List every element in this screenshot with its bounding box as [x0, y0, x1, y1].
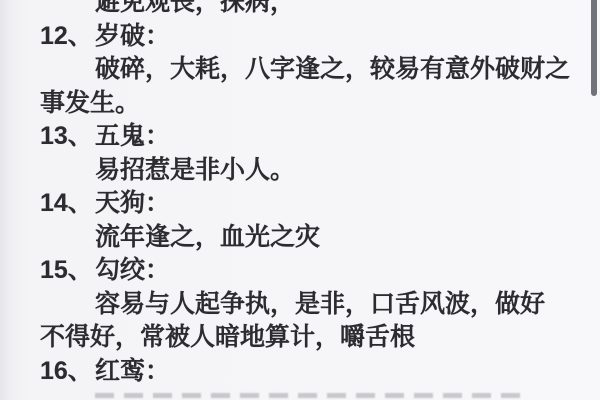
item-term: 天狗：	[95, 187, 170, 221]
item-number: 12、	[40, 20, 95, 54]
item-term: 五鬼：	[95, 120, 170, 154]
list-item-line: 13、五鬼：	[0, 120, 600, 154]
text-line: 事发生。	[0, 87, 600, 121]
item-term: 红鸾：	[95, 355, 170, 389]
text-content: 避免观丧，探病，12、岁破：破碎，大耗，八字逢之，较易有意外破财之事发生。13、…	[0, 0, 600, 388]
list-item-line: 14、天狗：	[0, 187, 600, 221]
scrollbar-thumb[interactable]	[591, 0, 597, 96]
document-page: 避免观丧，探病，12、岁破：破碎，大耗，八字逢之，较易有意外破财之事发生。13、…	[0, 0, 600, 400]
item-number: 14、	[40, 187, 95, 221]
cutoff-text-fragments	[95, 393, 520, 398]
item-number: 13、	[40, 120, 95, 154]
item-number: 16、	[40, 355, 95, 389]
text-line: 不得好，常被人暗地算计，嚼舌根	[0, 321, 600, 355]
list-item-line: 16、红鸾：	[0, 355, 600, 389]
list-item-line: 15、勾绞：	[0, 254, 600, 288]
text-line: 流年逢之，血光之灾	[0, 221, 600, 255]
text-line: 易招惹是非小人。	[0, 154, 600, 188]
text-line: 容易与人起争执，是非，口舌风波，做好	[0, 288, 600, 322]
item-term: 勾绞：	[95, 254, 170, 288]
text-line: 避免观丧，探病，	[0, 0, 600, 20]
item-number: 15、	[40, 254, 95, 288]
list-item-line: 12、岁破：	[0, 20, 600, 54]
item-term: 岁破：	[95, 20, 170, 54]
text-line: 破碎，大耗，八字逢之，较易有意外破财之	[0, 53, 600, 87]
